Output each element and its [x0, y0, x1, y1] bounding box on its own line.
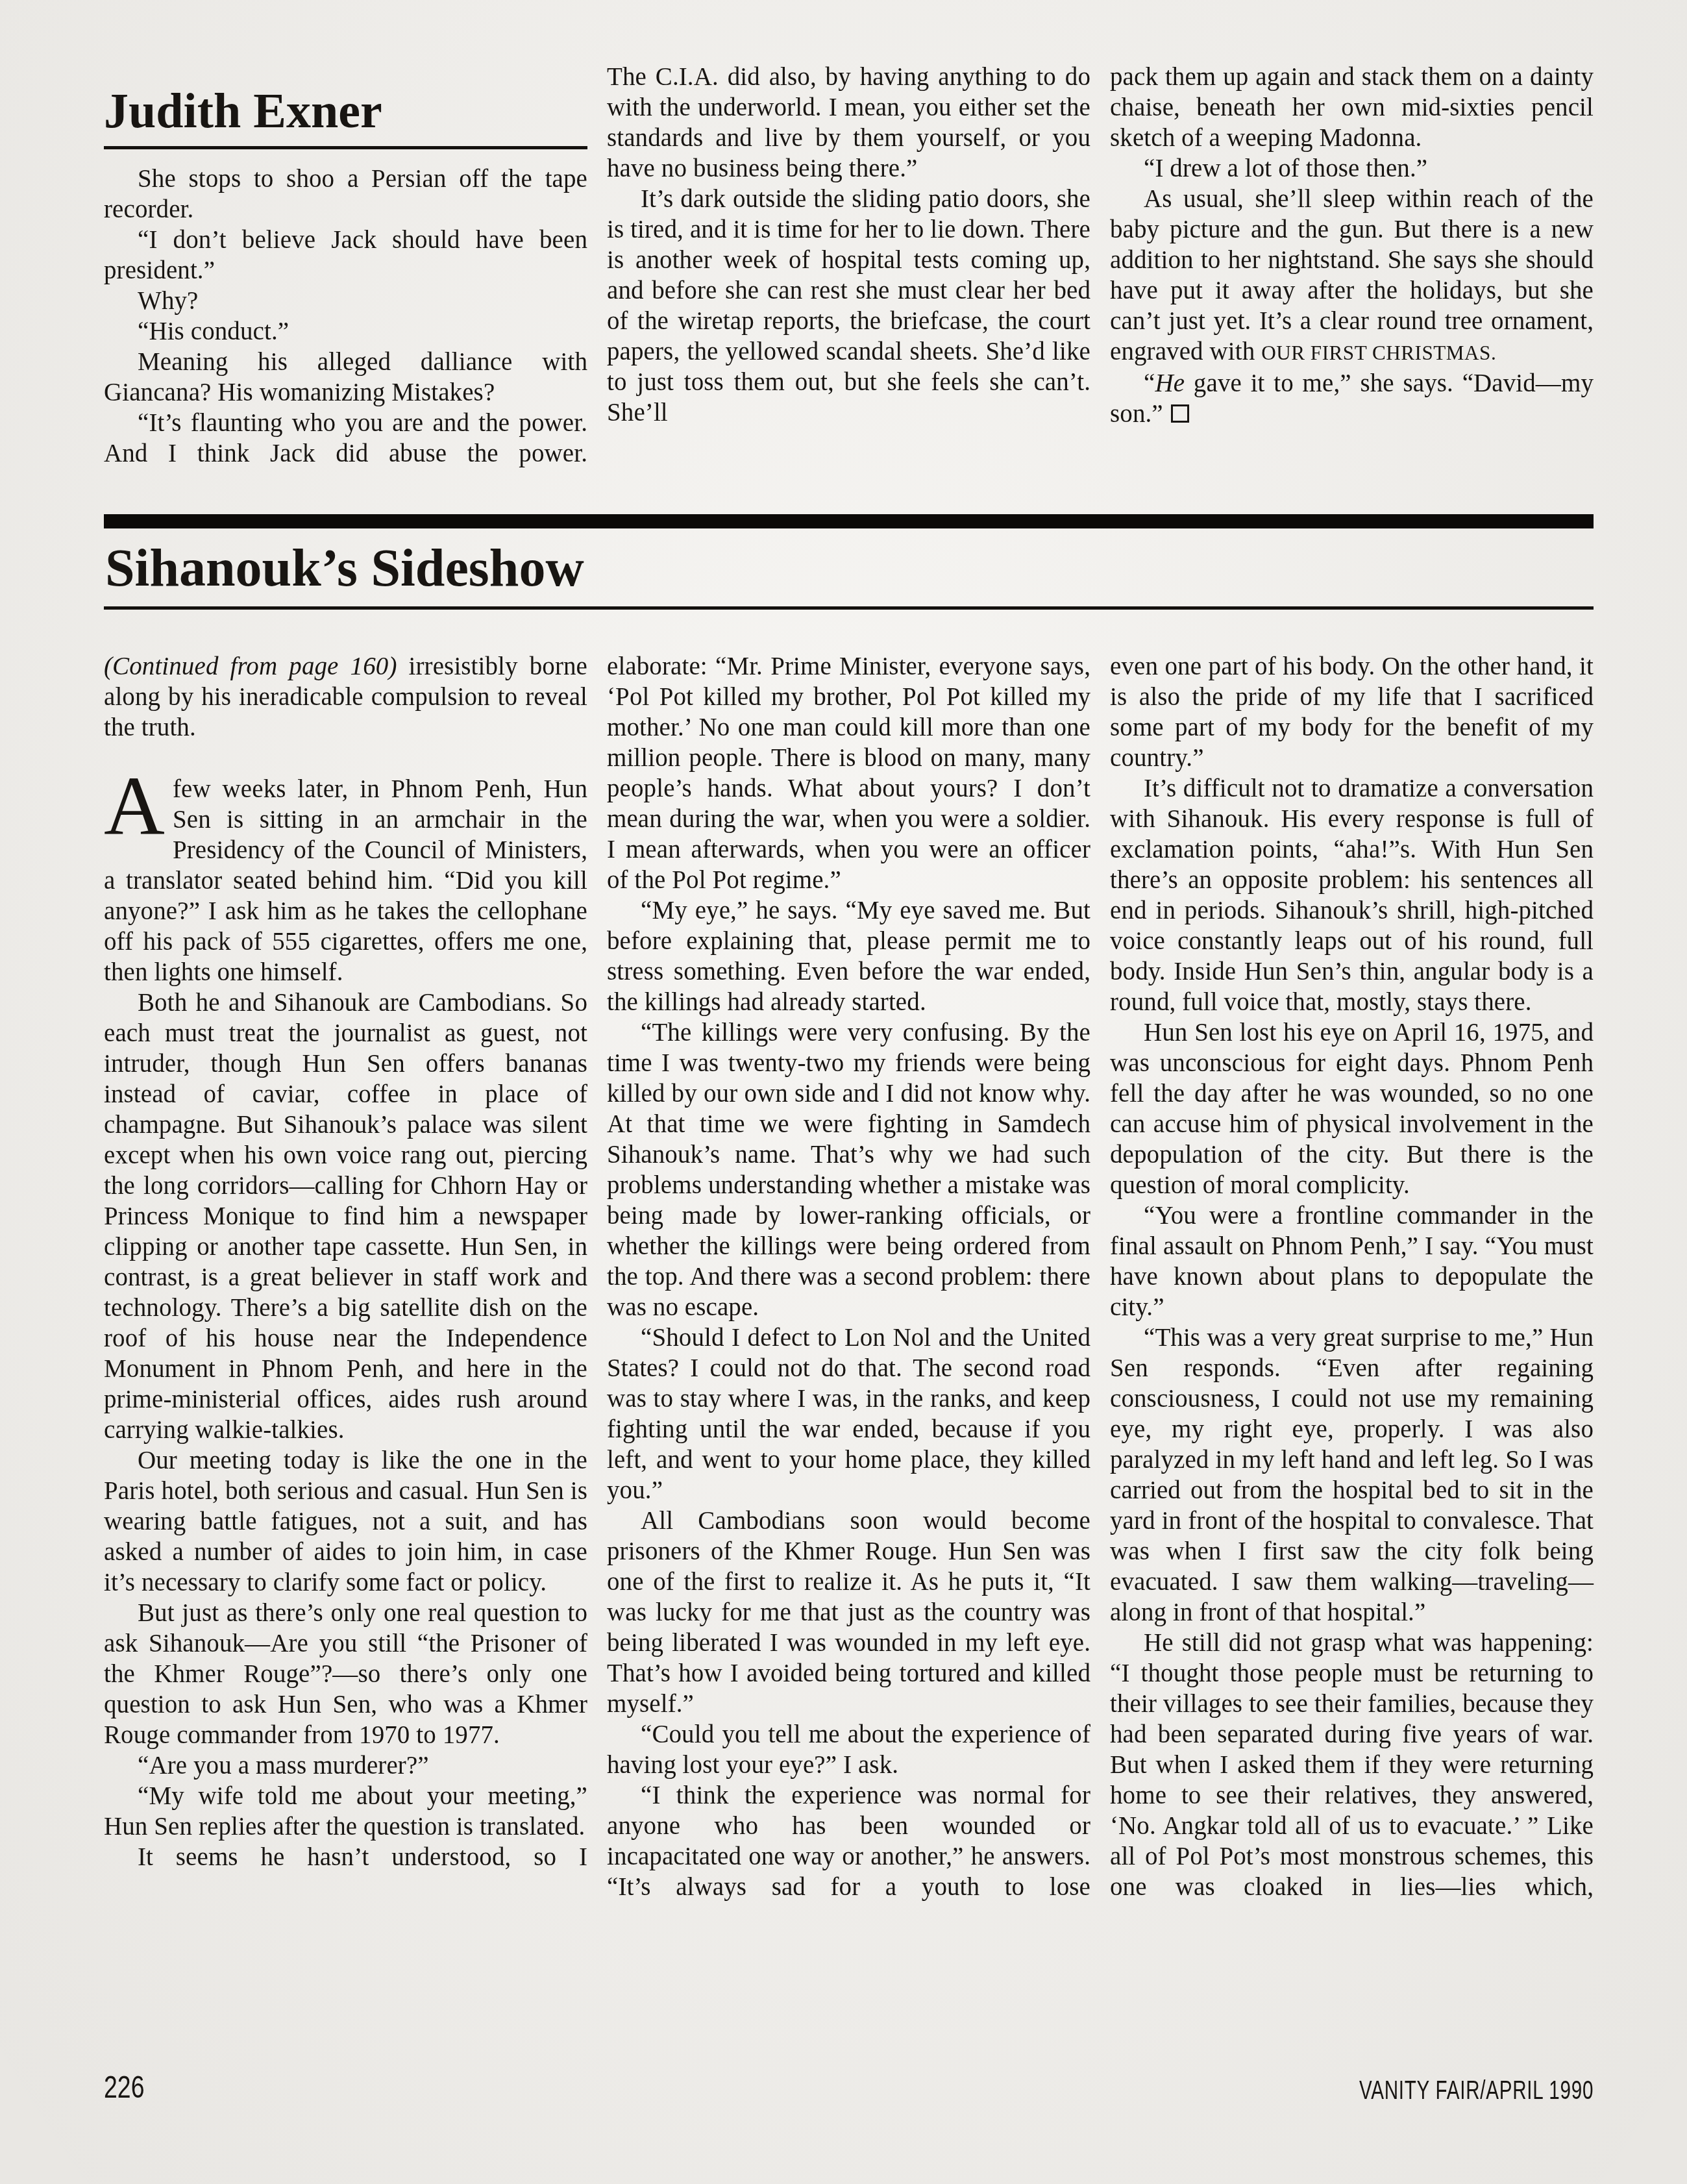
text-run: pack them up again and stack them on a d…	[1110, 63, 1594, 152]
column-text: even one part of his body. On the other …	[1110, 651, 1594, 1902]
text-run: “Should I defect to Lon Nol and the Unit…	[607, 1324, 1090, 1504]
judith-column-3: pack them up again and stack them on a d…	[1110, 62, 1594, 469]
judith-column-1: Judith Exner She stops to shoo a Persian…	[104, 62, 587, 469]
text-run: “My eye,” he says. “My eye saved me. But…	[607, 897, 1090, 1016]
column-text: pack them up again and stack them on a d…	[1110, 62, 1594, 429]
paragraph: “My wife told me about your meeting,” Hu…	[104, 1781, 587, 1842]
paragraph: The C.I.A. did also, by having anything …	[607, 62, 1090, 184]
magazine-page: Judith Exner She stops to shoo a Persian…	[0, 0, 1687, 2184]
column-text: (Continued from page 160) irresistibly b…	[104, 651, 587, 1872]
paragraph: All Cambodians soon would become prisone…	[607, 1506, 1090, 1719]
sihanouk-columns: (Continued from page 160) irresistibly b…	[104, 651, 1594, 1902]
paragraph: “I drew a lot of those then.”	[1110, 153, 1594, 184]
paragraph: Afew weeks later, in Phnom Penh, Hun Sen…	[104, 774, 587, 987]
paragraph: It seems he hasn’t understood, so I	[104, 1842, 587, 1872]
paragraph: pack them up again and stack them on a d…	[1110, 62, 1594, 153]
paragraph: Our meeting today is like the one in the…	[104, 1445, 587, 1598]
paragraph: “Are you a mass murderer?”	[104, 1750, 587, 1781]
paragraph: even one part of his body. On the other …	[1110, 651, 1594, 773]
paragraph: “Should I defect to Lon Nol and the Unit…	[607, 1322, 1090, 1506]
text-run: Meaning his alleged dalliance with Gianc…	[104, 348, 587, 406]
text-run: few weeks later, in Phnom Penh, Hun Sen …	[104, 775, 587, 986]
text-run: “	[1144, 369, 1155, 397]
paragraph: (Continued from page 160) irresistibly b…	[104, 651, 587, 743]
paragraph: Meaning his alleged dalliance with Gianc…	[104, 347, 587, 408]
page-content: Judith Exner She stops to shoo a Persian…	[104, 62, 1594, 1902]
paragraph: “I don’t believe Jack should have been p…	[104, 225, 587, 286]
paragraph: elaborate: “Mr. Prime Minister, everyone…	[607, 651, 1090, 895]
text-run: The C.I.A. did also, by having anything …	[607, 63, 1090, 182]
text-run: “You were a frontline commander in the f…	[1110, 1202, 1594, 1321]
article-judith-exner: Judith Exner She stops to shoo a Persian…	[104, 62, 1594, 469]
text-run: “This was a very great surprise to me,” …	[1110, 1324, 1594, 1626]
text-run: Why?	[138, 287, 199, 315]
text-run: “His conduct.”	[138, 317, 289, 345]
page-number: 226	[104, 2070, 144, 2105]
text-run: It’s dark outside the sliding patio door…	[607, 185, 1090, 427]
article-title-judith-exner: Judith Exner	[104, 86, 587, 136]
paragraph: “My eye,” he says. “My eye saved me. But…	[607, 895, 1090, 1017]
paragraph: Why?	[104, 286, 587, 316]
article-sihanouks-sideshow: Sihanouk’s Sideshow (Continued from page…	[104, 514, 1594, 1902]
column-text: elaborate: “Mr. Prime Minister, everyone…	[607, 651, 1090, 1902]
text-run: She stops to shoo a Persian off the tape…	[104, 165, 587, 223]
paragraph: Hun Sen lost his eye on April 16, 1975, …	[1110, 1017, 1594, 1200]
text-run: Hun Sen lost his eye on April 16, 1975, …	[1110, 1019, 1594, 1199]
magazine-issue-line: VANITY FAIR/APRIL 1990	[1359, 2076, 1594, 2105]
end-of-article-mark	[1171, 404, 1189, 423]
judith-column-2: The C.I.A. did also, by having anything …	[607, 62, 1090, 469]
paragraph: It’s dark outside the sliding patio door…	[607, 184, 1090, 428]
column-text: She stops to shoo a Persian off the tape…	[104, 164, 587, 469]
text-run: elaborate: “Mr. Prime Minister, everyone…	[607, 652, 1090, 894]
paragraph: As usual, she’ll sleep within reach of t…	[1110, 184, 1594, 368]
paragraph: “It’s flaunting who you are and the powe…	[104, 408, 587, 469]
sihanouk-column-3: even one part of his body. On the other …	[1110, 651, 1594, 1902]
paragraph: But just as there’s only one real questi…	[104, 1598, 587, 1750]
paragraph: It’s difficult not to dramatize a conver…	[1110, 773, 1594, 1017]
text-run: even one part of his body. On the other …	[1110, 652, 1594, 772]
article-title-sihanouks-sideshow: Sihanouk’s Sideshow	[105, 540, 1594, 596]
text-run: But just as there’s only one real questi…	[104, 1599, 587, 1749]
text-run: Both he and Sihanouk are Cambodians. So …	[104, 989, 587, 1444]
text-run: Our meeting today is like the one in the…	[104, 1446, 587, 1596]
text-run: As usual, she’ll sleep within reach of t…	[1110, 185, 1594, 366]
column-text: The C.I.A. did also, by having anything …	[607, 62, 1090, 428]
page-footer: 226 VANITY FAIR/APRIL 1990	[104, 2070, 1594, 2105]
paragraph: He still did not grasp what was happenin…	[1110, 1628, 1594, 1902]
text-run: “I drew a lot of those then.”	[1144, 155, 1427, 182]
title-rule	[104, 606, 1594, 610]
text-run: All Cambodians soon would become prisone…	[607, 1507, 1090, 1718]
text-run: “My wife told me about your meeting,” Hu…	[104, 1782, 587, 1841]
paragraph: “This was a very great surprise to me,” …	[1110, 1322, 1594, 1628]
text-run: It seems he hasn’t understood, so I	[138, 1843, 587, 1871]
paragraph: “You were a frontline commander in the f…	[1110, 1200, 1594, 1322]
text-run: “Could you tell me about the experience …	[607, 1720, 1090, 1779]
sihanouk-column-2: elaborate: “Mr. Prime Minister, everyone…	[607, 651, 1090, 1902]
paragraph: “His conduct.”	[104, 316, 587, 347]
text-run: He	[1155, 369, 1185, 397]
text-run: “The killings were very confusing. By th…	[607, 1019, 1090, 1321]
paragraph: “I think the experience was normal for a…	[607, 1780, 1090, 1902]
paragraph: “The killings were very confusing. By th…	[607, 1017, 1090, 1322]
text-run: “I think the experience was normal for a…	[607, 1781, 1090, 1901]
paragraph: Both he and Sihanouk are Cambodians. So …	[104, 987, 587, 1445]
paragraph: “He gave it to me,” she says. “David—my …	[1110, 368, 1594, 429]
text-run: OUR FIRST CHRISTMAS.	[1261, 341, 1496, 364]
text-run: “Are you a mass murderer?”	[138, 1752, 429, 1780]
text-run: “It’s flaunting who you are and the powe…	[104, 409, 587, 467]
paragraph: She stops to shoo a Persian off the tape…	[104, 164, 587, 225]
section-divider-bar	[104, 514, 1594, 528]
sihanouk-column-1: (Continued from page 160) irresistibly b…	[104, 651, 587, 1902]
text-run: It’s difficult not to dramatize a conver…	[1110, 775, 1594, 1016]
paragraph: “Could you tell me about the experience …	[607, 1719, 1090, 1780]
title-rule	[104, 146, 587, 149]
text-run: “I don’t believe Jack should have been p…	[104, 226, 587, 284]
text-run: (Continued from page 160)	[104, 652, 397, 680]
drop-cap: A	[104, 776, 165, 836]
text-run: He still did not grasp what was happenin…	[1110, 1629, 1594, 1901]
